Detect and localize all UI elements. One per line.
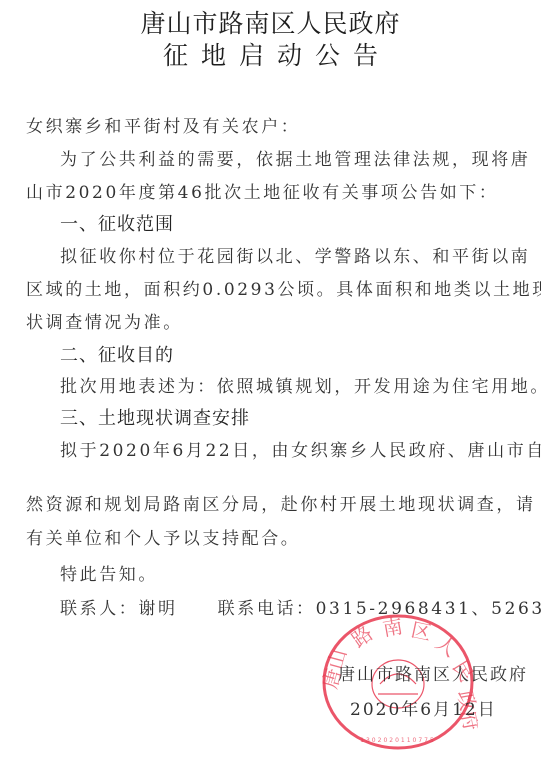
document-title-notice: 征地启动公告 bbox=[0, 36, 541, 72]
section-scope-line-3: 状调查情况为准。 bbox=[26, 308, 183, 333]
contact-person: 谢明 bbox=[138, 599, 177, 619]
contact-line: 联系人：谢明 联系电话：0315-2968431、5263488 bbox=[60, 594, 541, 619]
section-scope-line-2: 区域的土地，面积约0.0293公顷。具体面积和地类以土地现 bbox=[26, 275, 541, 300]
section-heading-survey: 三、土地现状调查安排 bbox=[60, 404, 250, 430]
contact-person-label: 联系人： bbox=[60, 599, 138, 619]
section-survey-line-1: 拟于2020年6月22日，由女织寨乡人民政府、唐山市自 bbox=[60, 436, 541, 461]
contact-phone-label: 联系电话： bbox=[218, 599, 316, 619]
section-survey-line-3: 有关单位和个人予以支持配合。 bbox=[26, 524, 300, 549]
section-scope-line-1: 拟征收你村位于花园街以北、学警路以东、和平街以南 bbox=[60, 242, 530, 267]
signature-issuer: 唐山市路南区人民政府 bbox=[338, 660, 528, 685]
salutation: 女织寨乡和平街村及有关农户： bbox=[26, 112, 300, 137]
svg-text:人: 人 bbox=[431, 630, 461, 661]
section-heading-scope: 一、征收范围 bbox=[60, 210, 174, 236]
contact-phone: 0315-2968431、5263488 bbox=[316, 599, 541, 619]
intro-line-2: 山市2020年度第46批次土地征收有关事项公告如下： bbox=[26, 178, 499, 203]
signature-date: 2020年6月12日 bbox=[350, 695, 497, 720]
document-title-issuer: 唐山市路南区人民政府 bbox=[0, 4, 541, 40]
section-survey-line-2: 然资源和规划局路南区分局，赴你村开展土地现状调查，请 bbox=[26, 490, 536, 515]
svg-text:区: 区 bbox=[409, 617, 434, 645]
svg-text:1302020110775: 1302020110775 bbox=[360, 737, 436, 744]
svg-text:路: 路 bbox=[347, 621, 377, 652]
section-purpose-line-1: 批次用地表述为：依照城镇规划，开发用途为住宅用地。 bbox=[60, 372, 541, 397]
section-heading-purpose: 二、征收目的 bbox=[60, 341, 174, 367]
intro-line-1: 为了公共利益的需要，依据土地管理法律法规，现将唐 bbox=[60, 145, 530, 170]
closing-text: 特此告知。 bbox=[60, 560, 158, 585]
